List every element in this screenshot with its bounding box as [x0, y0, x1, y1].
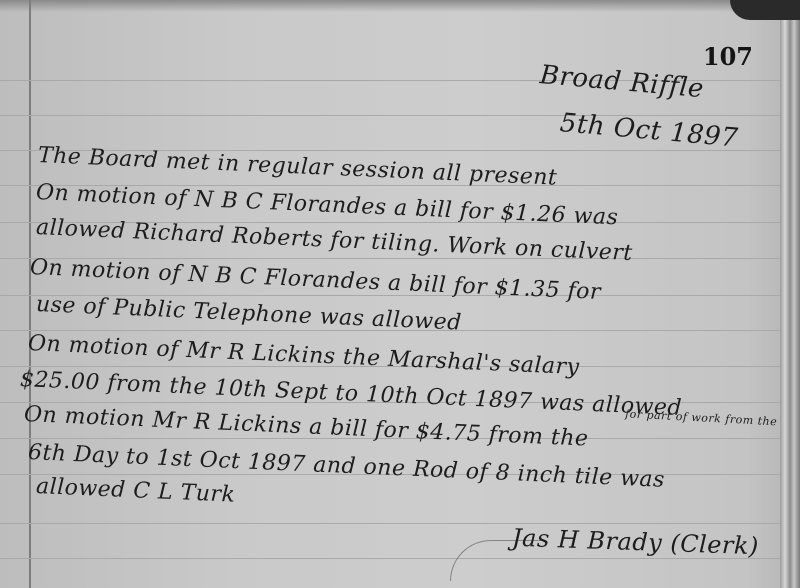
clerk-signature: Jas H Brady (Clerk) [512, 524, 760, 561]
rule-line [0, 558, 785, 559]
margin-line [29, 0, 31, 588]
minutes-line: allowed C L Turk [35, 474, 235, 508]
book-binding-edge [780, 0, 800, 588]
header-place: Broad Riffle [539, 60, 705, 104]
page-shadow [0, 0, 785, 12]
background-corner [730, 0, 800, 20]
interlinear-note: for part of work from the 7th [625, 407, 785, 429]
rule-line [0, 115, 785, 116]
rule-line [0, 523, 785, 524]
page-number: 107 [703, 42, 753, 71]
ledger-page: 107 Broad Riffle 5th Oct 1897 The Board … [0, 0, 785, 588]
